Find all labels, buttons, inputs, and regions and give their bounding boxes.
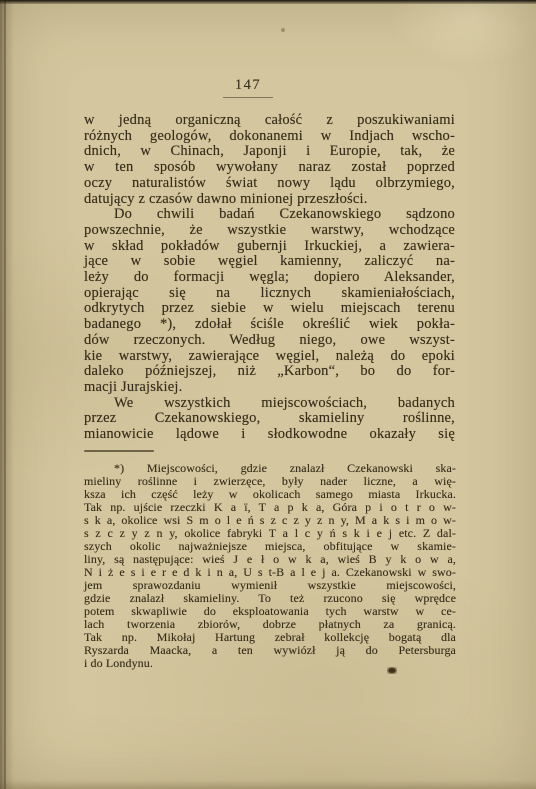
text-line: dnich, w Chinach, Japonji i Europie, tak… xyxy=(84,144,455,160)
text-line: datujący z czasów dawno minionej przeszł… xyxy=(84,192,455,208)
page-scan: 147 w jedną organiczną całość z poszukiw… xyxy=(0,0,536,789)
binding-shadow xyxy=(0,0,14,789)
footnote-separator xyxy=(84,450,154,452)
text-line: daleko późniejszej, niż „Karbon“, bo do … xyxy=(84,364,455,380)
text-line: Do chwili badań Czekanowskiego sądzono xyxy=(84,207,455,223)
text-line: powszechnie, że wszystkie warstwy, wchod… xyxy=(84,223,455,239)
binding-crease xyxy=(4,0,6,789)
text-line: przez Czekanowskiego, skamieliny roślinn… xyxy=(84,411,455,427)
text-line: badanego *), zdołał ściśle określić wiek… xyxy=(84,317,455,333)
text-line: opierając się na licznych skamieniałości… xyxy=(84,286,455,302)
text-line: w ten sposób wywołany naraz został poprz… xyxy=(84,160,455,176)
text-line: oczy naturalistów świat nowy lądu olbrzy… xyxy=(84,176,455,192)
text-line: różnych geologów, dokonanemi w Indjach w… xyxy=(84,129,455,145)
footnote-line: i do Londynu. xyxy=(84,657,456,670)
page-number-underline xyxy=(223,97,273,98)
text-line: w skład pokładów gubernji Irkuckiej, a z… xyxy=(84,239,455,255)
ink-speck-mark xyxy=(281,28,285,32)
text-line: We wszystkich miejscowościach, badanych xyxy=(84,396,455,412)
page-number: 147 xyxy=(220,77,276,94)
body-text: w jedną organiczną całość z poszukiwania… xyxy=(84,113,455,443)
page-header: 147 xyxy=(220,77,276,98)
text-line: dów rzeczonych. Według niego, owe wszyst… xyxy=(84,333,455,349)
text-line: mianowicie lądowe i słodkowodne okazały … xyxy=(84,427,455,443)
text-line: w jedną organiczną całość z poszukiwania… xyxy=(84,113,455,129)
text-line: leży do formacji węgla; dopiero Aleksand… xyxy=(84,270,455,286)
text-line: jące w sobie węgiel kamienny, zaliczyć n… xyxy=(84,254,455,270)
ink-blot-mark xyxy=(387,667,397,674)
text-line: kie warstwy, zawierające węgiel, należą … xyxy=(84,349,455,365)
footnote: *) Miejscowości, gdzie znalazł Czekanows… xyxy=(84,462,456,670)
text-line: macji Jurajskiej. xyxy=(84,380,455,396)
bottom-edge-shadow xyxy=(0,780,536,789)
text-line: odkrytych przez siebie w wielu miejscach… xyxy=(84,301,455,317)
top-edge-shadow xyxy=(0,0,536,4)
